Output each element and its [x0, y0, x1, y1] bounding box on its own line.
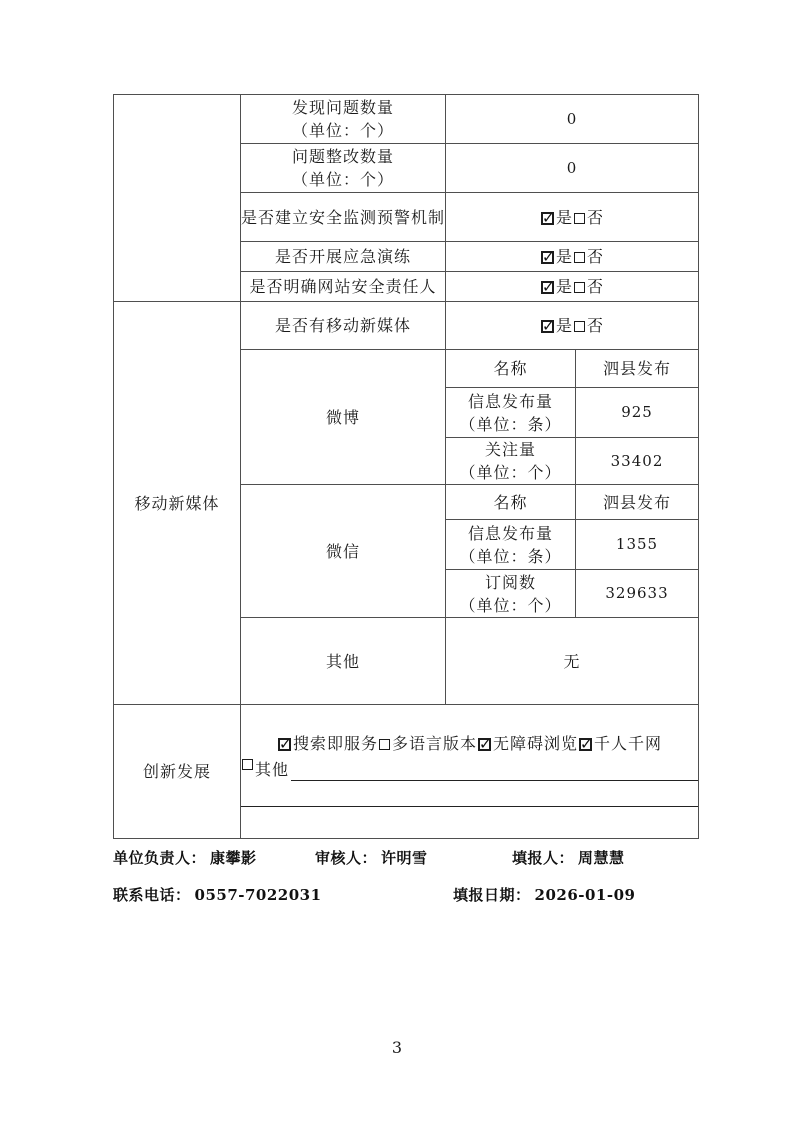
field-unit-text: （单位：个） — [241, 119, 445, 142]
footer-responsible-name: 康攀影 — [210, 849, 257, 867]
innovation-options-line: 搜索即服务多语言版本无障碍浏览千人千网 — [241, 733, 698, 759]
field-value-rectified-issues: 0 — [446, 144, 699, 193]
footer-filler-label: 填报人： — [512, 849, 574, 867]
footer-date-label: 填报日期： — [453, 886, 531, 904]
no-label: 否 — [587, 316, 604, 335]
no-label: 否 — [587, 277, 604, 296]
field-value-emergency-drill: 是否 — [446, 242, 699, 272]
checkbox-yes — [541, 281, 554, 294]
checkbox-no — [574, 213, 585, 224]
field-value-weibo-posts: 925 — [576, 388, 699, 438]
field-value-found-issues: 0 — [446, 95, 699, 144]
field-value-wechat-posts: 1355 — [576, 520, 699, 570]
footer-responsible: 单位负责人：康攀影 — [113, 847, 257, 868]
empty-section-cell — [114, 95, 241, 302]
field-unit-text: （单位：个） — [446, 594, 575, 617]
field-value-other-media: 无 — [446, 618, 699, 705]
field-label-security-responsible: 是否明确网站安全责任人 — [241, 272, 446, 302]
field-label-text: 问题整改数量 — [241, 145, 445, 168]
field-label-found-issues: 发现问题数量 （单位：个） — [241, 95, 446, 144]
checkbox-option-multilingual — [379, 739, 390, 750]
blank-underline — [291, 759, 698, 781]
option-label-multilingual: 多语言版本 — [392, 734, 477, 753]
no-label: 否 — [587, 208, 604, 227]
checkbox-option-search-service — [278, 738, 291, 751]
no-label: 否 — [587, 247, 604, 266]
footer-phone-label: 联系电话： — [113, 886, 191, 904]
footer-date-value: 2026-01-09 — [535, 886, 636, 904]
field-label-other-media: 其他 — [241, 618, 446, 705]
section-label-innovation: 创新发展 — [114, 705, 241, 839]
checkbox-no — [574, 282, 585, 293]
innovation-content: 搜索即服务多语言版本无障碍浏览千人千网 其他 — [241, 705, 699, 839]
option-label-other: 其他 — [255, 759, 289, 785]
footer-reviewer-label: 审核人： — [315, 849, 377, 867]
field-label-rectified-issues: 问题整改数量 （单位：个） — [241, 144, 446, 193]
field-unit-text: （单位：条） — [446, 545, 575, 568]
option-label-search-service: 搜索即服务 — [293, 734, 378, 753]
footer-phone-value: 0557-7022031 — [195, 886, 322, 904]
field-value-security-responsible: 是否 — [446, 272, 699, 302]
yes-label: 是 — [556, 316, 573, 335]
platform-label-weibo: 微博 — [241, 350, 446, 485]
checkbox-yes — [541, 212, 554, 225]
field-value-weibo-name: 泗县发布 — [576, 350, 699, 388]
checkbox-option-personalized — [579, 738, 592, 751]
checkbox-no — [574, 252, 585, 263]
footer-reviewer-name: 许明雪 — [381, 849, 428, 867]
field-label-emergency-drill: 是否开展应急演练 — [241, 242, 446, 272]
field-label-weibo-followers: 关注量 （单位：个） — [446, 438, 576, 485]
field-value-warning-mechanism: 是否 — [446, 193, 699, 242]
checkbox-yes — [541, 320, 554, 333]
document-page: 发现问题数量 （单位：个） 0 问题整改数量 （单位：个） 0 是否建立安全监测… — [0, 0, 794, 1122]
section-label-mobile-media: 移动新媒体 — [114, 302, 241, 705]
field-label-wechat-name: 名称 — [446, 485, 576, 520]
footer-date: 填报日期：2026-01-09 — [453, 884, 635, 905]
field-value-has-mobile-media: 是否 — [446, 302, 699, 350]
yes-label: 是 — [556, 277, 573, 296]
field-label-wechat-posts: 信息发布量 （单位：条） — [446, 520, 576, 570]
field-label-weibo-posts: 信息发布量 （单位：条） — [446, 388, 576, 438]
footer-reviewer: 审核人：许明雪 — [315, 847, 428, 868]
field-label-warning-mechanism: 是否建立安全监测预警机制 — [241, 193, 446, 242]
field-value-wechat-name: 泗县发布 — [576, 485, 699, 520]
option-label-personalized: 千人千网 — [594, 734, 662, 753]
field-value-wechat-subscribers: 329633 — [576, 570, 699, 618]
checkbox-option-accessibility — [478, 738, 491, 751]
footer-filler-name: 周慧慧 — [578, 849, 625, 867]
field-label-has-mobile-media: 是否有移动新媒体 — [241, 302, 446, 350]
field-label-text: 订阅数 — [446, 571, 575, 594]
innovation-blank-line — [241, 785, 698, 811]
field-label-text: 信息发布量 — [446, 522, 575, 545]
checkbox-yes — [541, 251, 554, 264]
yes-label: 是 — [556, 208, 573, 227]
field-label-text: 信息发布量 — [446, 390, 575, 413]
blank-underline — [241, 785, 698, 807]
field-unit-text: （单位：个） — [446, 461, 575, 484]
field-label-text: 发现问题数量 — [241, 96, 445, 119]
field-unit-text: （单位：个） — [241, 168, 445, 191]
field-label-wechat-subscribers: 订阅数 （单位：个） — [446, 570, 576, 618]
page-number: 3 — [0, 1038, 794, 1057]
report-table: 发现问题数量 （单位：个） 0 问题整改数量 （单位：个） 0 是否建立安全监测… — [113, 94, 699, 839]
option-label-accessibility: 无障碍浏览 — [493, 734, 578, 753]
field-value-weibo-followers: 33402 — [576, 438, 699, 485]
footer-responsible-label: 单位负责人： — [113, 849, 206, 867]
footer-filler: 填报人：周慧慧 — [512, 847, 625, 868]
field-label-text: 关注量 — [446, 438, 575, 461]
checkbox-option-other — [242, 759, 253, 770]
field-unit-text: （单位：条） — [446, 413, 575, 436]
checkbox-no — [574, 321, 585, 332]
platform-label-wechat: 微信 — [241, 485, 446, 618]
field-label-weibo-name: 名称 — [446, 350, 576, 388]
footer-phone: 联系电话：0557-7022031 — [113, 884, 322, 905]
innovation-other-line: 其他 — [241, 759, 698, 785]
yes-label: 是 — [556, 247, 573, 266]
